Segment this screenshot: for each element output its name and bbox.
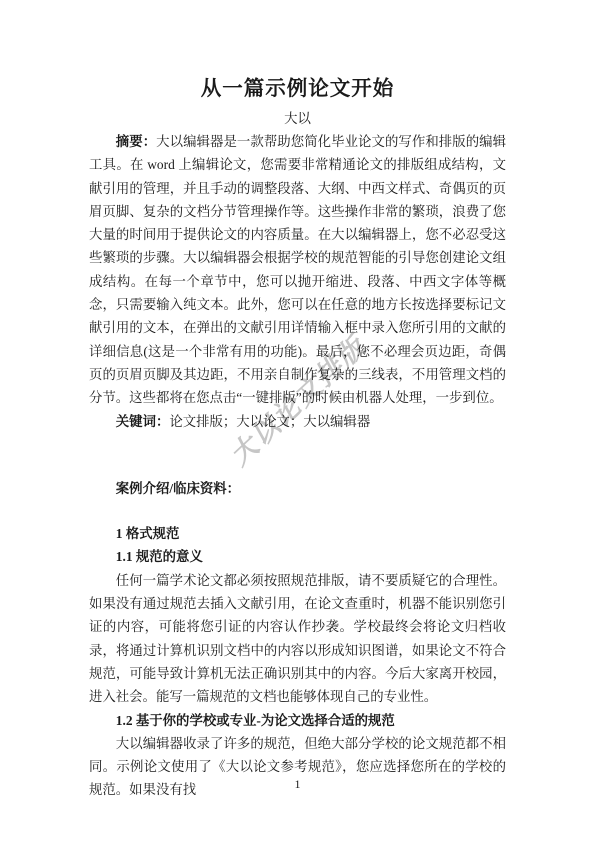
keywords-text: 论文排版；大以论文；大以编辑器 bbox=[169, 414, 370, 429]
keywords-label: 关键词： bbox=[116, 414, 170, 429]
author-name: 大以 bbox=[89, 107, 506, 130]
page-number: 1 bbox=[0, 776, 595, 792]
page-title: 从一篇示例论文开始 bbox=[89, 76, 506, 103]
section-heading-1-2: 1.2 基于你的学校或专业-为论文选择合适的规范 bbox=[89, 709, 506, 732]
keywords-line: 关键词：论文排版；大以论文；大以编辑器 bbox=[89, 410, 506, 433]
section-1-1-paragraph: 任何一篇学术论文都必须按照规范排版，请不要质疑它的合理性。如果没有通过规范去插入… bbox=[89, 569, 506, 709]
abstract-label: 摘要： bbox=[116, 134, 156, 149]
section-heading-1: 1 格式规范 bbox=[89, 522, 506, 545]
abstract-text: 大以编辑器是一款帮助您简化毕业论文的写作和排版的编辑工具。在 word 上编辑论… bbox=[89, 134, 506, 405]
document-page: 大以论文排版 从一篇示例论文开始 大以 摘要：大以编辑器是一款帮助您简化毕业论文… bbox=[0, 0, 595, 842]
abstract-paragraph: 摘要：大以编辑器是一款帮助您简化毕业论文的写作和排版的编辑工具。在 word 上… bbox=[89, 130, 506, 410]
section-heading-1-1: 1.1 规范的意义 bbox=[89, 545, 506, 568]
case-section-heading: 案例介绍/临床资料： bbox=[89, 477, 506, 500]
page-content: 从一篇示例论文开始 大以 摘要：大以编辑器是一款帮助您简化毕业论文的写作和排版的… bbox=[89, 76, 506, 802]
